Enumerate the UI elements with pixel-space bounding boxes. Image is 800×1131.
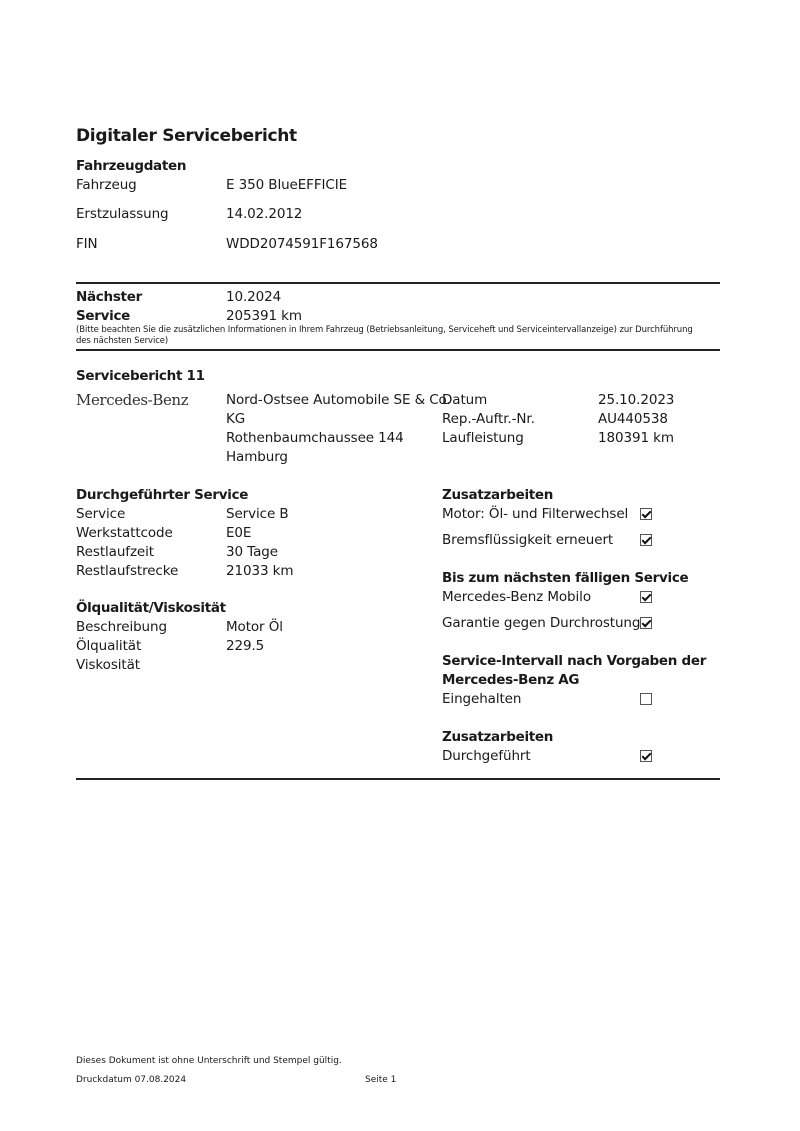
rust-warranty-checkbox[interactable] xyxy=(640,617,652,629)
vin-label: FIN xyxy=(76,236,98,252)
next-service-note: (Bitte beachten Sie die zusätzlichen Inf… xyxy=(76,325,696,347)
divider xyxy=(76,349,720,351)
mobilo-checkbox[interactable] xyxy=(640,591,652,603)
service-label: Service xyxy=(76,506,125,522)
validity-note: Dieses Dokument ist ohne Unterschrift un… xyxy=(76,1056,342,1066)
rust-warranty-label: Garantie gegen Durchrostung xyxy=(442,615,640,631)
mileage-label: Laufleistung xyxy=(442,430,524,446)
vin-value: WDD2074591F167568 xyxy=(226,236,378,252)
remaining-distance-label: Restlaufstrecke xyxy=(76,563,178,579)
oil-description-label: Beschreibung xyxy=(76,619,167,635)
dealer-line: Nord-Ostsee Automobile SE & Co. xyxy=(226,392,451,408)
remaining-time-label: Restlaufzeit xyxy=(76,544,154,560)
performed-label: Durchgeführt xyxy=(442,748,531,764)
next-service-label-1: Nächster xyxy=(76,289,142,305)
dealer-line: Rothenbaumchaussee 144 xyxy=(226,430,404,446)
dealer-line: Hamburg xyxy=(226,449,288,465)
divider xyxy=(76,282,720,284)
until-next-heading: Bis zum nächsten fälligen Service xyxy=(442,570,688,586)
first-registration-label: Erstzulassung xyxy=(76,206,169,222)
workshop-code-value: E0E xyxy=(226,525,251,541)
page-number: Seite 1 xyxy=(365,1075,396,1085)
order-number-label: Rep.-Auftr.-Nr. xyxy=(442,411,535,427)
remaining-distance-value: 21033 km xyxy=(226,563,293,579)
brake-fluid-label: Bremsflüssigkeit erneuert xyxy=(442,532,613,548)
dealer-line: KG xyxy=(226,411,245,427)
service-value: Service B xyxy=(226,506,289,522)
oil-quality-value: 229.5 xyxy=(226,638,264,654)
date-label: Datum xyxy=(442,392,487,408)
page-title: Digitaler Servicebericht xyxy=(76,126,297,146)
oil-filter-change-label: Motor: Öl- und Filterwechsel xyxy=(442,506,628,522)
print-date: Druckdatum 07.08.2024 xyxy=(76,1075,186,1085)
additional-work-2-heading: Zusatzarbeiten xyxy=(442,729,553,745)
mileage-value: 180391 km xyxy=(598,430,674,446)
next-service-label-2: Service xyxy=(76,308,130,324)
brand-logo: Mercedes-Benz xyxy=(76,391,188,409)
divider xyxy=(76,778,720,780)
brake-fluid-checkbox[interactable] xyxy=(640,534,652,546)
viscosity-label: Viskosität xyxy=(76,657,140,673)
oil-heading: Ölqualität/Viskosität xyxy=(76,600,226,616)
interval-heading-2: Mercedes-Benz AG xyxy=(442,672,579,688)
interval-heading-1: Service-Intervall nach Vorgaben der xyxy=(442,653,706,669)
report-heading: Servicebericht 11 xyxy=(76,368,205,384)
workshop-code-label: Werkstattcode xyxy=(76,525,173,541)
oil-filter-change-checkbox[interactable] xyxy=(640,508,652,520)
interval-kept-checkbox[interactable] xyxy=(640,693,652,705)
next-service-mileage: 205391 km xyxy=(226,308,302,324)
next-service-date: 10.2024 xyxy=(226,289,281,305)
mobilo-label: Mercedes-Benz Mobilo xyxy=(442,589,591,605)
vehicle-label: Fahrzeug xyxy=(76,177,137,193)
performed-checkbox[interactable] xyxy=(640,750,652,762)
vehicle-value: E 350 BlueEFFICIE xyxy=(226,177,347,193)
date-value: 25.10.2023 xyxy=(598,392,674,408)
first-registration-value: 14.02.2012 xyxy=(226,206,302,222)
performed-service-heading: Durchgeführter Service xyxy=(76,487,248,503)
oil-description-value: Motor Öl xyxy=(226,619,283,635)
additional-work-heading: Zusatzarbeiten xyxy=(442,487,553,503)
vehicle-heading: Fahrzeugdaten xyxy=(76,158,186,174)
oil-quality-label: Ölqualität xyxy=(76,638,141,654)
remaining-time-value: 30 Tage xyxy=(226,544,278,560)
interval-kept-label: Eingehalten xyxy=(442,691,521,707)
order-number-value: AU440538 xyxy=(598,411,668,427)
